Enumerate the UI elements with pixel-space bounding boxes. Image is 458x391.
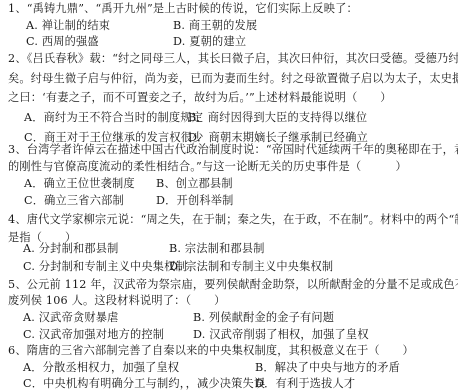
question-stem-line-2: 的刚性与官僚高度流动的柔性相结合。”与这一论断无关的历史事件是（ ） [8,159,407,175]
question-number: 3、 [8,143,27,156]
option-b: B．解决了中央与地方的矛盾 [255,360,400,376]
option-d: D. 汉武帝削弱了相权，加强了皇权 [193,327,369,343]
option-a: A．商纣为王不符合当时的制度规定 [24,110,203,126]
question-stem-line-1: 公元前 112 年，汉武帝为祭宗庙，要列侯献酎金助祭，以所献酎金的分量不足或成色… [27,278,458,291]
option-b: B、创立郡县制 [156,176,233,192]
option-b: B. 列侯献酎金的金子有问题 [193,310,334,326]
option-c: C. 分封制和专制主义中央集权制 [23,259,187,275]
option-a: A. 汉武帝贪财暴虐 [23,310,119,326]
option-b: B．商纣因得到大臣的支持得以继位 [188,110,367,126]
option-c: C．确立三省六部制 [24,193,124,209]
option-d: D. 夏朝的建立 [173,34,246,50]
option-b: B. 商王朝的发展 [173,18,257,34]
question-number: 2、 [8,52,27,65]
question-stem-line-1: 唐代文学家柳宗元说：“周之失，在于制；秦之失，在于政，不在制”。材料中的两个“制… [27,213,458,226]
option-c: C. 汉武帝加强对地方的控制 [23,327,164,343]
option-a: A．确立王位世袭制度 [24,176,135,192]
option-c: C．中央机构有明确分工与制约，，减少决策失误 [23,376,265,391]
question-stem-line-1: 台湾学者许倬云在描述中国古代政治制度时说：“帝国时代延续两千年的奥秘即在于，君主… [27,143,458,156]
question-stem-line-1: 隋唐的三省六部制完善了自秦以来的中央集权制度，其积极意义在于（ ） [27,344,414,357]
question-number: 5、 [8,278,27,291]
question-stem-line-1: 《吕氏春秋》载：“纣之同母三人，其长曰微子启，其次曰仲衍，其次曰受德。受德乃纣也… [27,52,458,65]
option-d: D．开创科举制 [156,193,234,209]
option-d: D．有利于选拔人才 [255,376,355,391]
question-number: 1、 [8,2,27,15]
question-stem-line-2: 矣。纣母生微子启与仲衍，尚为妾，已而为妻而生纣。纣之母欲置微子启以为太子，太史据… [8,71,458,87]
option-a: A．分散丞相权力，加强了皇权 [23,360,179,376]
option-c: C. 西周的强盛 [26,34,99,50]
question-stem: “禹铸九鼎”、“禹开九州”是上古时候的传说，它们实际上反映了： [27,2,358,15]
question-number: 4、 [8,213,27,226]
option-a: A. 禅让制的结束 [26,18,110,34]
option-d: D. 宗法制和专制主义中央集权制 [169,259,333,275]
question-stem-line-2: 废列侯 106 人。这段材料说明了：（ ） [8,293,225,309]
question-stem-line-3: 之曰：‘有妻之子，而不可置妾之子，故纣为后。’”上述材料最能说明（ ） [8,90,392,106]
option-b: B. 宗法制和郡县制 [169,241,265,257]
option-a: A. 分封制和郡县制 [23,241,119,257]
question-number: 6、 [8,344,27,357]
